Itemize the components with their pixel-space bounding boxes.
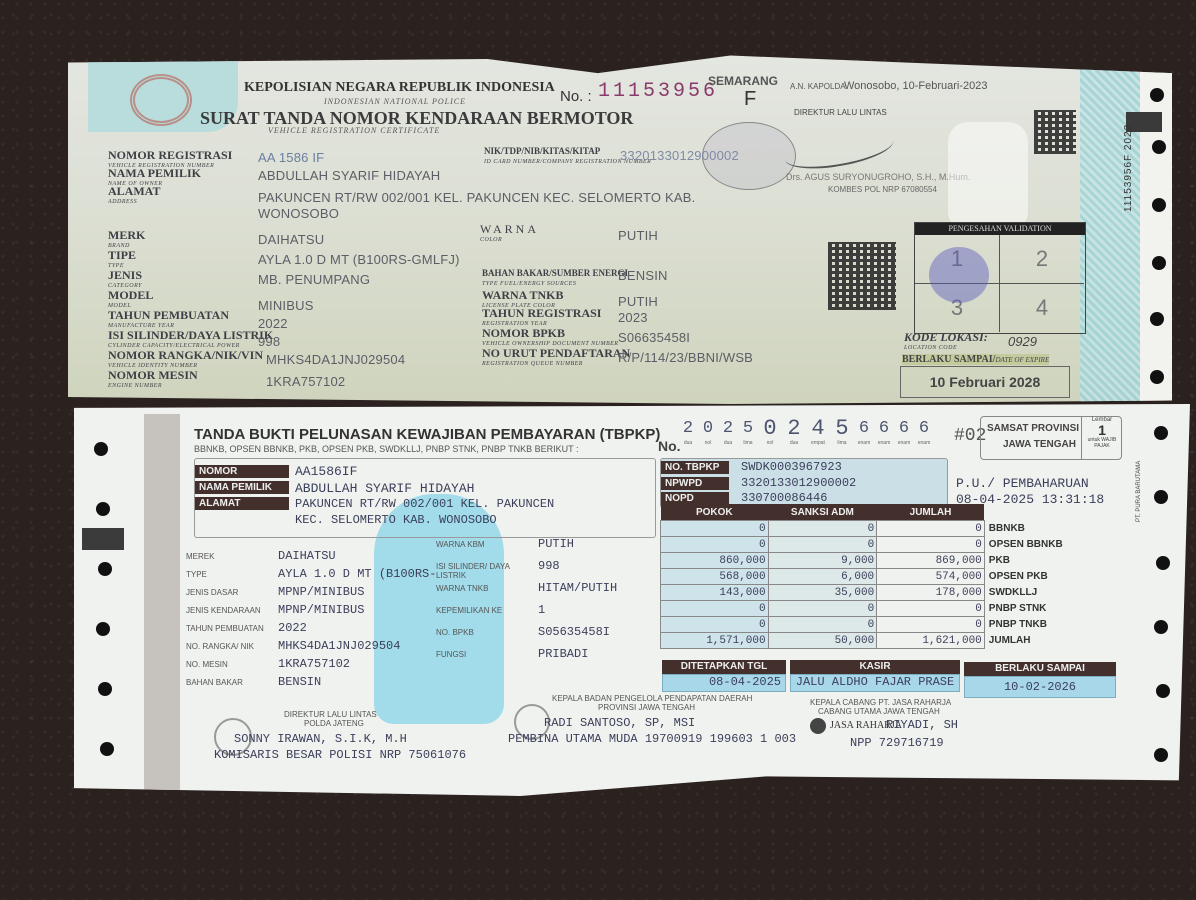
valid-until-box: BERLAKU SAMPAI 10-02-2026 — [964, 662, 1116, 698]
signer-name: SONNY IRAWAN, S.I.K, M.H — [234, 732, 407, 746]
jasa-raharja-logo-icon — [810, 718, 826, 734]
cashier-box: KASIR JALU ALDHO FAJAR PRASE — [790, 660, 960, 692]
fee-row: 860,0009,000869,000PKB — [661, 553, 1120, 569]
assessed-date: 08-04-2025 — [662, 674, 786, 692]
fee-row: 1,571,00050,0001,621,000JUMLAH — [661, 633, 1120, 649]
vehicle-field-label: NO. BPKB — [436, 628, 536, 637]
field-label: NOMOR REGISTRASI — [108, 148, 232, 162]
printer-credit: PT. PURA BARUTAMA — [1136, 461, 1142, 522]
field-label: MODEL — [108, 288, 153, 302]
punch-hole-icon — [98, 562, 112, 576]
signature-icon — [782, 125, 896, 176]
vehicle-field-value: 1 — [538, 603, 545, 617]
npwpd-number: 3320133012900002 — [741, 476, 856, 490]
field-label: MERK — [108, 228, 145, 242]
field-label: NO URUT PENDAFTARAN — [482, 346, 630, 360]
signer-title-2: PROVINSI JAWA TENGAH — [598, 703, 695, 712]
fee-row: 000BBNKB — [661, 521, 1120, 537]
security-stripe — [1080, 52, 1140, 404]
vehicle-field-value: S05635458I — [538, 625, 610, 639]
fee-row: 000PNBP TNKB — [661, 617, 1120, 633]
vehicle-field-label: TYPE — [186, 570, 276, 579]
security-foil-strip — [144, 414, 180, 794]
vehicle-field-label: MEREK — [186, 552, 276, 561]
signer-title: KEPALA CABANG PT. JASA RAHARJA — [810, 698, 951, 707]
number-digit: 0nol — [700, 418, 716, 446]
registration-queue-number: R/P/114/23/BBNI/WSB — [618, 350, 753, 365]
expiry-date: 10 Februari 2028 — [900, 366, 1070, 398]
vehicle-field-value: BENSIN — [278, 675, 321, 689]
number-digit: 6enam — [876, 418, 892, 446]
validation-cell-4: 4 — [1000, 284, 1084, 332]
location-code-label-en: LOCATION CODE — [904, 343, 988, 354]
issue-place-date: Wonosobo, 10-Februari-2023 — [844, 80, 988, 92]
number-digit: 6enam — [916, 418, 932, 446]
tbpkp-label: NO. TBPKP — [661, 461, 729, 474]
fee-row: 000PNBP STNK — [661, 601, 1120, 617]
vehicle-field-label: JENIS KENDARAAN — [186, 606, 276, 615]
npwpd-label: NPWPD — [661, 477, 729, 490]
field-label: NAMA PEMILIK — [108, 166, 201, 180]
bpkb-number: S06635458I — [618, 330, 690, 345]
sheet-for: untuk WAJIB PAJAK — [1082, 437, 1122, 449]
field-label: WARNA TNKB — [482, 288, 563, 302]
tbpkp-number: SWDK0003967923 — [741, 460, 842, 474]
vehicle-field-label: FUNGSI — [436, 650, 536, 659]
engine-number: 1KRA757102 — [266, 374, 345, 389]
transaction-type: P.U./ PEMBAHARUAN — [956, 476, 1089, 491]
punch-hole-icon — [1152, 256, 1166, 270]
owner-address-line2: WONOSOBO — [258, 206, 339, 221]
punch-hole-icon — [1152, 140, 1166, 154]
director-rank: KOMBES POL NRP 67080554 — [828, 185, 937, 194]
agency-title: KEPOLISIAN NEGARA REPUBLIK INDONESIA — [244, 80, 555, 96]
number-digit: 2dua — [720, 418, 736, 446]
vehicle-field-value: 2022 — [278, 621, 307, 635]
vehicle-field-label: ISI SILINDER/ DAYA LISTRIK — [436, 562, 536, 580]
vehicle-field-label: TAHUN PEMBUATAN — [186, 624, 276, 633]
series-letter: F — [744, 88, 756, 111]
punch-hole-icon — [1154, 748, 1168, 762]
field-label: NIK/TDP/NIB/KITAS/KITAP — [484, 146, 600, 156]
punch-hole-icon — [100, 742, 114, 756]
samsat-box: SAMSAT PROVINSI JAWA TENGAH Lembar 1 unt… — [980, 416, 1122, 460]
director-name: Drs. AGUS SURYONUGROHO, S.H., M.Hum. — [786, 172, 970, 182]
black-marker — [82, 528, 124, 550]
signer-title: DIREKTUR LALU LINTAS — [284, 710, 377, 719]
field-label-en: COLOR — [480, 235, 539, 246]
validation-stamp-icon — [929, 247, 989, 303]
agency-title-en: INDONESIAN NATIONAL POLICE — [324, 97, 466, 106]
fees-header: SANKSI ADM — [768, 504, 877, 521]
side-serial: 11153956F 2022 — [1123, 124, 1134, 212]
owner-block: NOMOR REGISTRASI AA1586IF NAMA PEMILIK A… — [194, 458, 656, 538]
vehicle-field-value: 998 — [538, 559, 560, 573]
cashier-name: JALU ALDHO FAJAR PRASE — [790, 674, 960, 692]
document-title-en: VEHICLE REGISTRATION CERTIFICATE — [268, 126, 440, 135]
owner-label: ALAMAT — [195, 497, 289, 510]
nik-number: 3320133012900002 — [620, 148, 739, 163]
police-emblem-icon — [130, 74, 192, 126]
signer-title: KEPALA BADAN PENGELOLA PENDAPATAN DAERAH — [552, 694, 752, 703]
field-label: TIPE — [108, 248, 136, 262]
punch-hole-icon — [1156, 684, 1170, 698]
receipt-number: 2dua0nol2dua5lima0nol2dua4empat5lima6ena… — [680, 418, 932, 446]
number-digit: 0nol — [760, 418, 780, 446]
owner-address: PAKUNCEN RT/RW 002/001 KEL. PAKUNCEN KEC… — [258, 190, 695, 205]
signer-name: RIYADI, SH — [886, 718, 958, 732]
director-title: DIREKTUR LALU LINTAS — [794, 108, 887, 117]
vehicle-field-value: PUTIH — [538, 537, 574, 551]
fees-table: POKOKSANKSI ADMJUMLAH000BBNKB000OPSEN BB… — [660, 504, 1120, 649]
punch-hole-icon — [1152, 198, 1166, 212]
registration-number: AA 1586 IF — [258, 150, 324, 165]
field-label: ISI SILINDER/DAYA LISTRIK — [108, 328, 273, 342]
punch-hole-icon — [1156, 556, 1170, 570]
field-label: BAHAN BAKAR/SUMBER ENERGI — [482, 268, 628, 278]
number-digit: 2dua — [784, 418, 804, 446]
assessed-date-label: DITETAPKAN TGL — [662, 660, 786, 674]
hologram-icon — [948, 122, 1028, 232]
cylinder-capacity: 998 — [258, 334, 280, 349]
vehicle-field-label: KEPEMILIKAN KE — [436, 606, 536, 615]
expiry-label-en: DATE OF EXPIRE — [995, 356, 1049, 364]
assessed-date-box: DITETAPKAN TGL 08-04-2025 — [662, 660, 786, 692]
registration-year: 2023 — [618, 310, 648, 325]
vehicle-field-value: MHKS4DA1JNJ029504 — [278, 639, 400, 653]
vehicle-field-value: MPNP/MINIBUS — [278, 603, 364, 617]
signer-rank: PEMBINA UTAMA MUDA 19700919 199603 1 003 — [508, 732, 796, 746]
receipt-subtitle: BBNKB, OPSEN BBNKB, PKB, OPSEN PKB, SWDK… — [194, 444, 578, 454]
registration-number: AA1586IF — [295, 464, 357, 479]
vehicle-field-value: HITAM/PUTIH — [538, 581, 617, 595]
validation-cell-2: 2 — [1000, 235, 1084, 284]
owner-address-line2: KEC. SELOMERTO KAB. WONOSOBO — [295, 513, 497, 527]
owner-name: ABDULLAH SYARIF HIDAYAH — [258, 168, 440, 183]
vehicle-type: AYLA 1.0 D MT (B100RS-GMLFJ) — [258, 252, 460, 267]
owner-address: PAKUNCEN RT/RW 002/001 KEL. PAKUNCEN — [295, 497, 554, 511]
valid-until-label: BERLAKU SAMPAI — [964, 662, 1116, 676]
field-label: NOMOR MESIN — [108, 368, 198, 382]
expiry-label: BERLAKU SAMPAI — [902, 354, 993, 365]
vehicle-color: PUTIH — [618, 228, 658, 243]
owner-label: NOMOR REGISTRASI — [195, 465, 289, 478]
ids-block: NO. TBPKP SWDK0003967923 NPWPD 332013301… — [660, 458, 948, 508]
fee-row: 568,0006,000574,000OPSEN PKB — [661, 569, 1120, 585]
signer-rank: KOMISARIS BESAR POLISI NRP 75061076 — [214, 748, 466, 762]
vehicle-field-label: WARNA TNKB — [436, 584, 536, 593]
fees-header: POKOK — [661, 504, 769, 521]
number-digit: 4empat — [808, 418, 828, 446]
signer-title-2: CABANG UTAMA JAWA TENGAH — [818, 707, 940, 716]
punch-hole-icon — [98, 682, 112, 696]
vehicle-field-label: WARNA KBM — [436, 540, 536, 549]
valid-until-date: 10-02-2026 — [964, 676, 1116, 698]
vehicle-field-value: DAIHATSU — [278, 549, 336, 563]
vehicle-category: MB. PENUMPANG — [258, 272, 370, 287]
number-digit: 6enam — [896, 418, 912, 446]
receipt-title: TANDA BUKTI PELUNASAN KEWAJIBAN PEMBAYAR… — [194, 426, 660, 443]
sheet-number: 1 — [1082, 423, 1122, 437]
field-label: JENIS — [108, 268, 142, 282]
fee-row: 000OPSEN BBNKB — [661, 537, 1120, 553]
number-label: No. — [658, 438, 681, 454]
punch-hole-icon — [1150, 88, 1164, 102]
vehicle-model: MINIBUS — [258, 298, 314, 313]
punch-hole-icon — [1150, 312, 1164, 326]
vehicle-field-label: JENIS DASAR — [186, 588, 276, 597]
punch-hole-icon — [96, 502, 110, 516]
issuer-label: A.N. KAPOLDA — [790, 82, 846, 91]
perforated-margin — [1140, 52, 1172, 404]
number-digit: 5lima — [740, 418, 756, 446]
location-code-label: KODE LOKASI: — [904, 330, 988, 344]
stnk-certificate: 11153956F 2022 KEPOLISIAN NEGARA REPUBLI… — [68, 52, 1172, 404]
fee-row: 143,00035,000178,000SWDKLLJ — [661, 585, 1120, 601]
samsat-line1: SAMSAT PROVINSI — [987, 423, 1079, 434]
tbpkp-receipt: PT. PURA BARUTAMA TANDA BUKTI PELUNASAN … — [74, 404, 1190, 796]
vehicle-field-label: NO. MESIN — [186, 660, 276, 669]
validation-title: PENGESAHAN VALIDATION — [915, 223, 1085, 235]
field-label-en: REGISTRATION QUEUE NUMBER — [482, 359, 630, 370]
field-label: ALAMAT — [108, 184, 160, 198]
field-label-en: ENGINE NUMBER — [108, 381, 198, 392]
field-label: WARNA — [480, 222, 539, 236]
datamatrix-code-icon — [1034, 110, 1076, 154]
vehicle-brand: DAIHATSU — [258, 232, 324, 247]
signer-name: RADI SANTOSO, SP, MSI — [544, 716, 695, 730]
vehicle-field-label: NO. RANGKA/ NIK — [186, 642, 276, 651]
location-code: 0929 — [1008, 334, 1037, 349]
no-label: No. : — [560, 88, 592, 105]
vehicle-field-value: AYLA 1.0 D MT (B100RS- — [278, 567, 436, 581]
field-label-en: ADDRESS — [108, 197, 160, 208]
signer-rank: NPP 729716719 — [850, 736, 944, 750]
number-digit: 5lima — [832, 418, 852, 446]
nopd-number: 330700086446 — [741, 491, 827, 505]
field-label: NOMOR BPKB — [482, 326, 565, 340]
owner-name: ABDULLAH SYARIF HIDAYAH — [295, 481, 474, 496]
punch-hole-icon — [94, 442, 108, 456]
cashier-label: KASIR — [790, 660, 960, 674]
fees-header: JUMLAH — [877, 504, 985, 521]
issuing-city: SEMARANG — [708, 74, 778, 88]
samsat-line2: JAWA TENGAH — [1003, 439, 1076, 450]
vin-number: MHKS4DA1JNJ029504 — [266, 352, 405, 367]
vehicle-field-label: BAHAN BAKAR — [186, 678, 276, 687]
plate-color: PUTIH — [618, 294, 658, 309]
vehicle-field-value: PRIBADI — [538, 647, 588, 661]
field-label: TAHUN REGISTRASI — [482, 306, 601, 320]
vehicle-field-value: MPNP/MINIBUS — [278, 585, 364, 599]
punch-hole-icon — [1154, 490, 1168, 504]
validation-box: PENGESAHAN VALIDATION 1 2 3 4 — [914, 222, 1086, 334]
punch-hole-icon — [1154, 426, 1168, 440]
field-label: NOMOR RANGKA/NIK/VIN — [108, 348, 263, 362]
owner-label: NAMA PEMILIK — [195, 481, 289, 494]
field-label: TAHUN PEMBUATAN — [108, 308, 229, 322]
document-number: 11153956 — [598, 80, 718, 103]
fuel-type: BENSIN — [618, 268, 668, 283]
punch-hole-icon — [1154, 620, 1168, 634]
qr-code-icon — [828, 242, 896, 310]
punch-hole-icon — [1150, 370, 1164, 384]
number-digit: 6enam — [856, 418, 872, 446]
vehicle-field-value: 1KRA757102 — [278, 657, 350, 671]
number-digit: 2dua — [680, 418, 696, 446]
punch-hole-icon — [96, 622, 110, 636]
signer-title-2: POLDA JATENG — [304, 719, 364, 728]
